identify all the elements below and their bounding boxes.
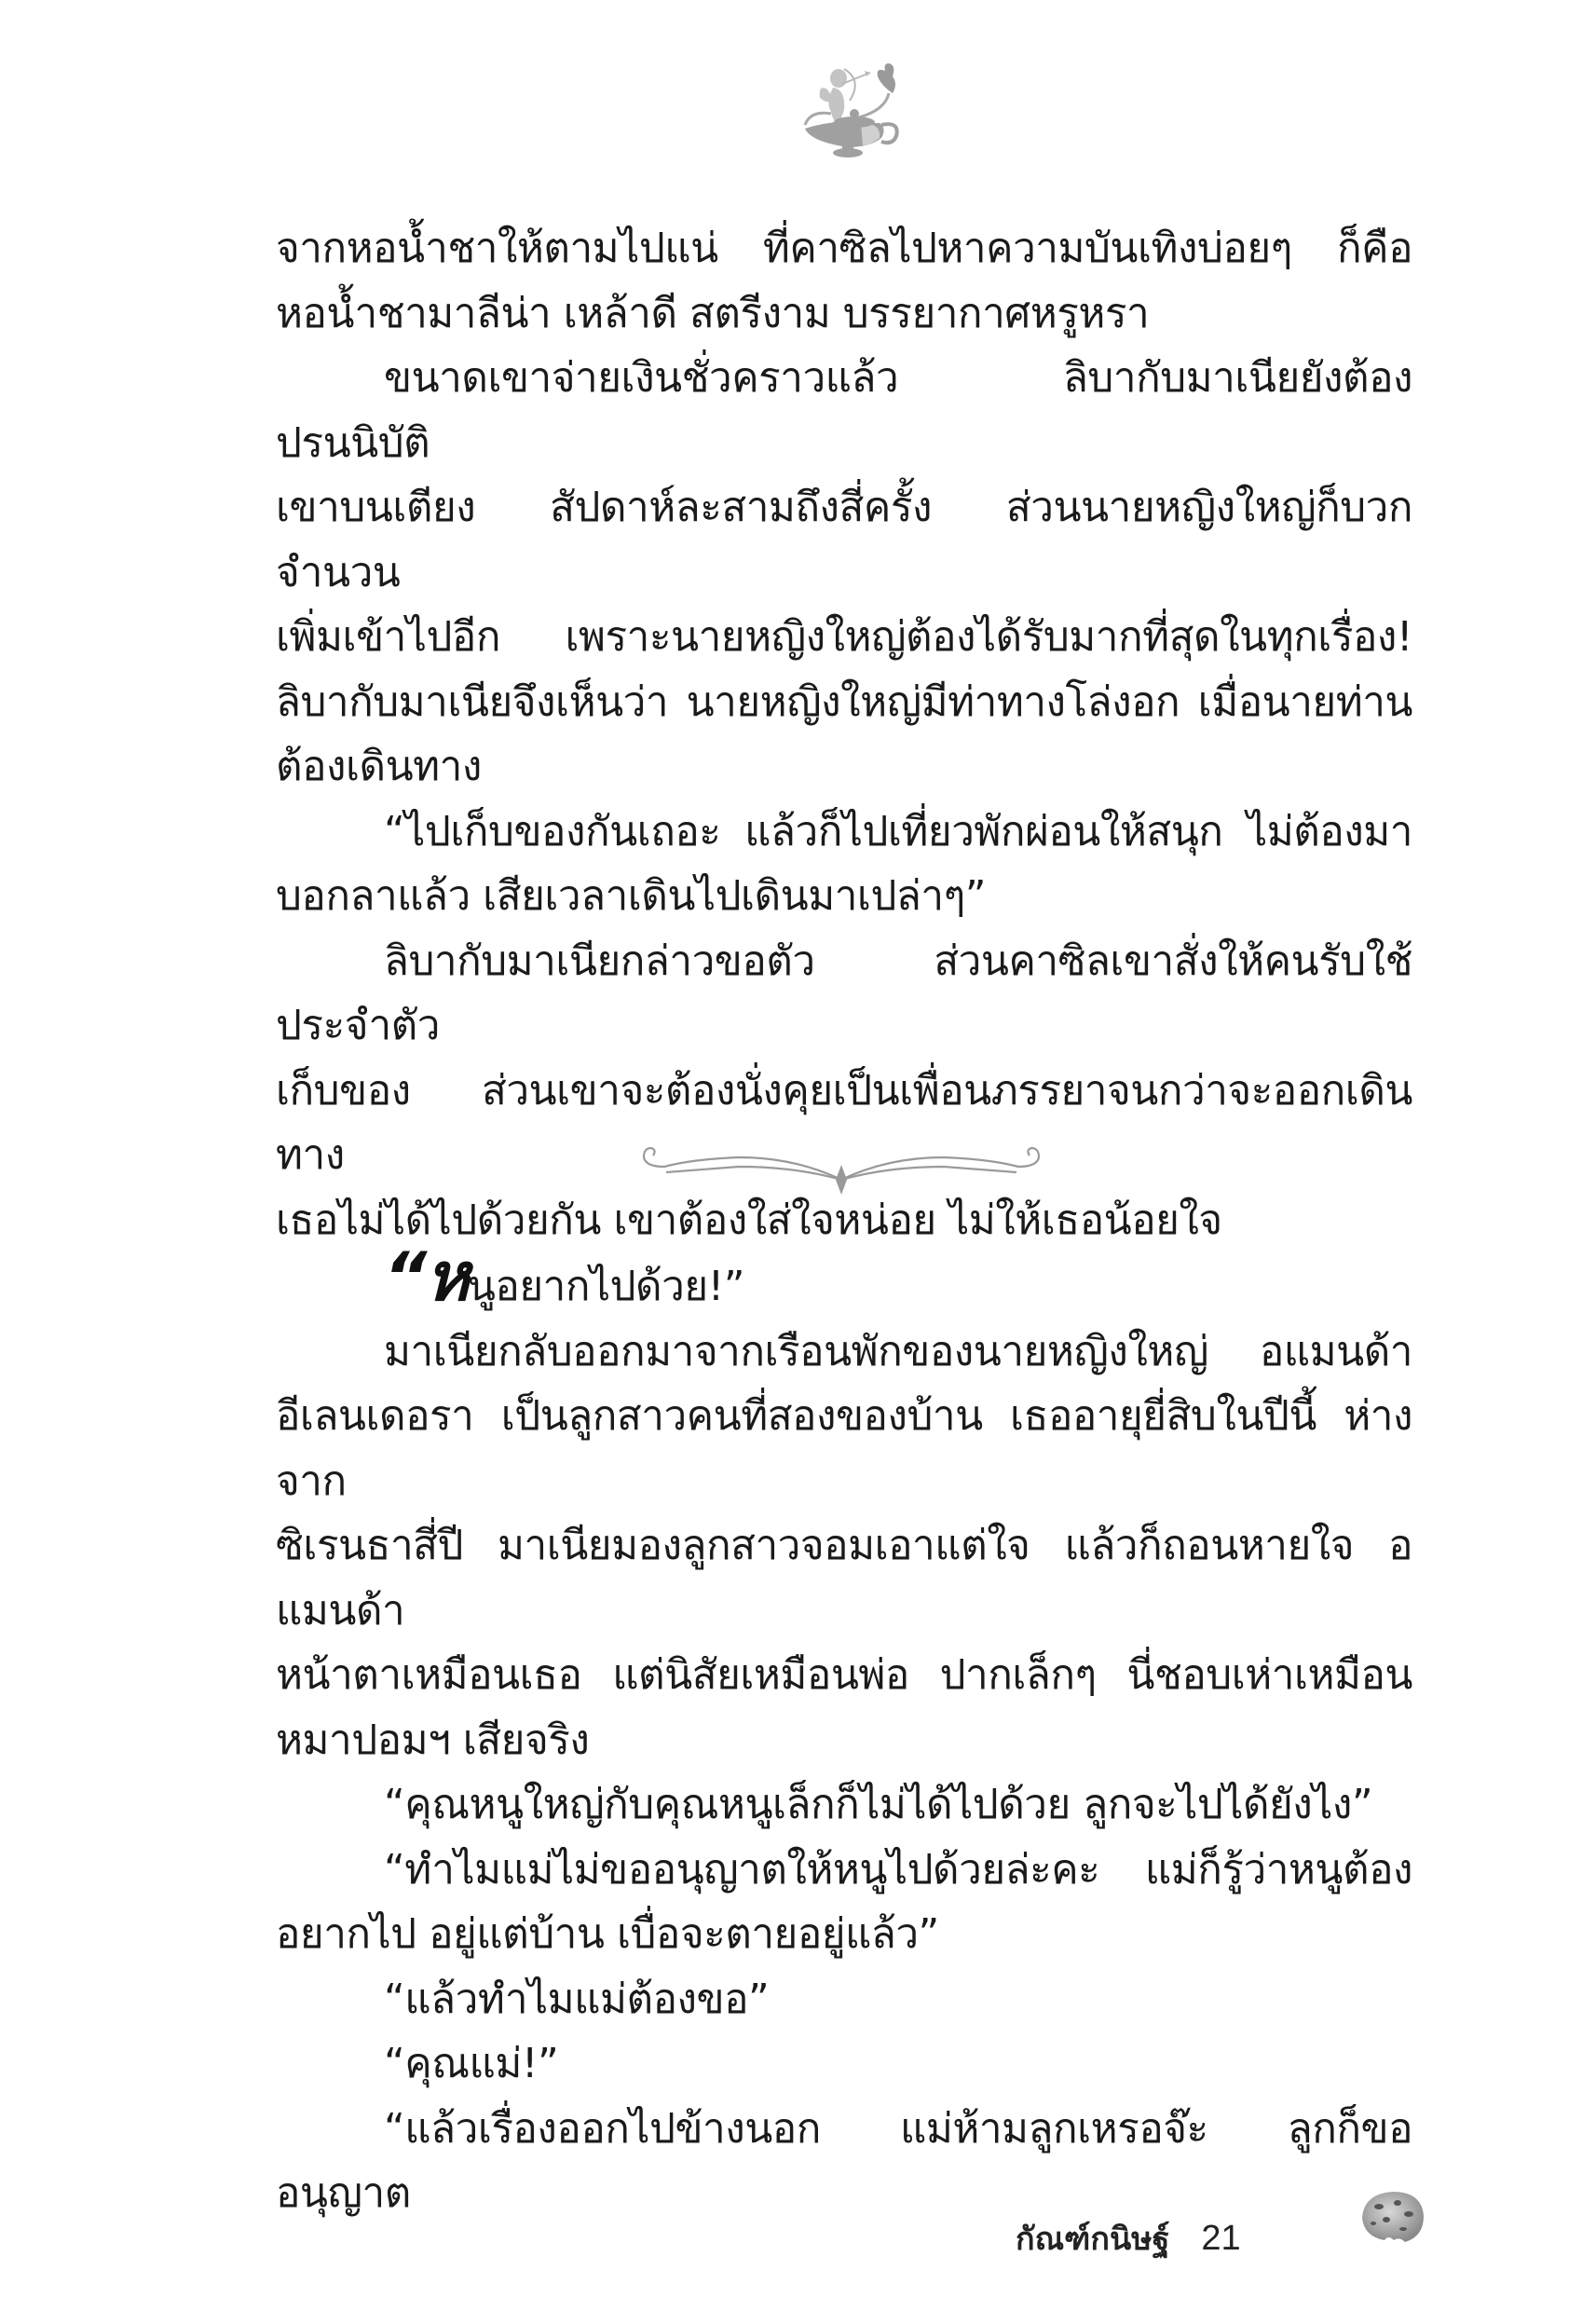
dropcap-letter: ห: [425, 1238, 467, 1316]
text-line: อีเลนเดอรา เป็นลูกสาวคนที่สองของบ้าน เธอ…: [276, 1384, 1412, 1513]
text-line: บอกลาแล้ว เสียเวลาเดินไปเดินมาเปล่าๆ”: [276, 864, 1412, 929]
text-line: “ทำไมแม่ไม่ขออนุญาตให้หนูไปด้วยล่ะคะ แม่…: [276, 1838, 1412, 1903]
section-1-text: จากหอน้ำชาให้ตามไปแน่ ที่คาซิลไปหาความบั…: [276, 216, 1412, 1252]
text-line: จากหอน้ำชาให้ตามไปแน่ ที่คาซิลไปหาความบั…: [276, 216, 1412, 281]
text-line: “คุณหนูใหญ่กับคุณหนูเล็กก็ไม่ได้ไปด้วย ล…: [276, 1772, 1412, 1838]
text-line: ขนาดเขาจ่ายเงินชั่วคราวแล้ว ลิบากับมาเนี…: [276, 346, 1412, 475]
text-line: “คุณแม่!”: [276, 2031, 1412, 2097]
text-line: ลิบากับมาเนียกล่าวขอตัว ส่วนคาซิลเขาสั่ง…: [276, 929, 1412, 1059]
cookie-icon: [1357, 2188, 1429, 2248]
text-line: หอน้ำชามาลีน่า เหล้าดี สตรีงาม บรรยากาศห…: [276, 281, 1412, 347]
text-line: มาเนียกลับออกมาจากเรือนพักของนายหญิงใหญ่…: [276, 1320, 1412, 1385]
text-line: ซิเรนธาสี่ปี มาเนียมองลูกสาวจอมเอาแต่ใจ …: [276, 1513, 1412, 1643]
text-line: ลิบากับมาเนียจึงเห็นว่า นายหญิงใหญ่มีท่า…: [276, 670, 1412, 735]
dropcap-line: “หนูอยากไปด้วย!”: [276, 1249, 1412, 1320]
text-line: “แล้วทำไมแม่ต้องขอ”: [276, 1967, 1412, 2032]
page-footer: กัณฑ์กนิษฐ์ 21: [1016, 2210, 1241, 2266]
text-line: “ไปเก็บของกันเถอะ แล้วก็ไปเที่ยวพักผ่อนใ…: [276, 800, 1412, 865]
dropcap-rest: นูอยากไปด้วย!”: [468, 1263, 744, 1310]
dropcap-quote: “: [384, 1238, 425, 1316]
text-line: หน้าตาเหมือนเธอ แต่นิสัยเหมือนพ่อ ปากเล็…: [276, 1643, 1412, 1708]
text-line: เพิ่มเข้าไปอีก เพราะนายหญิงใหญ่ต้องได้รั…: [276, 605, 1412, 670]
text-line: อยากไป อยู่แต่บ้าน เบื่อจะตายอยู่แล้ว”: [276, 1902, 1412, 1967]
book-title: กัณฑ์กนิษฐ์: [1016, 2213, 1169, 2263]
page-number: 21: [1201, 2219, 1240, 2259]
scroll-flourish-divider-icon: [636, 1139, 1046, 1204]
section-2-text: “หนูอยากไปด้วย!” มาเนียกลับออกมาจากเรือน…: [276, 1249, 1412, 2226]
text-line: หมาปอมฯ เสียจริง: [276, 1708, 1412, 1773]
text-line: เขาบนเตียง สัปดาห์ละสามถึงสี่ครั้ง ส่วนน…: [276, 475, 1412, 605]
text-line: ต้องเดินทาง: [276, 734, 1412, 800]
cupid-teapot-icon: [773, 56, 913, 158]
text-line: “แล้วเรื่องออกไปข้างนอก แม่ห้ามลูกเหรอจ๊…: [276, 2097, 1412, 2226]
